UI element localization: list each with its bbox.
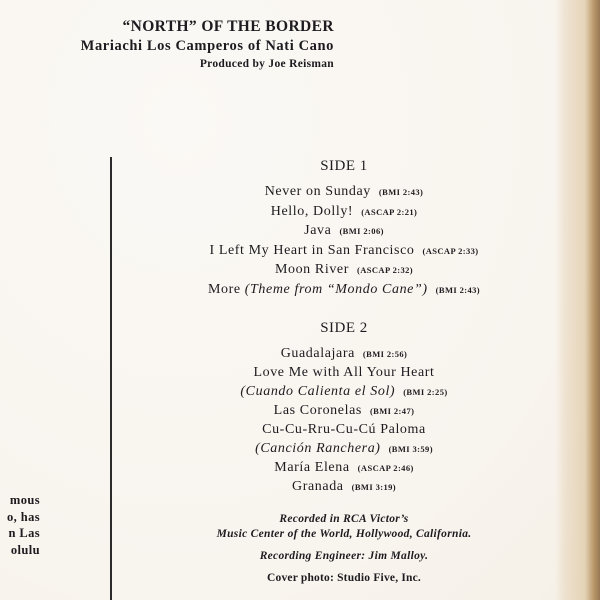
producer-credit: Produced by Joe Reisman <box>81 59 334 71</box>
track-meta: (ASCAP 2:32) <box>357 265 413 275</box>
track-meta: (BMI 3:59) <box>389 444 433 454</box>
album-title: “NORTH” OF THE BORDER <box>81 19 334 35</box>
track-meta: (BMI 3:19) <box>352 482 396 492</box>
track-title: Hello, Dolly! <box>271 204 353 219</box>
track-title: Love Me with All Your Heart <box>253 365 434 380</box>
track-subtitle-line: (Cuando Calienta el Sol)(BMI 2:25) <box>112 382 576 401</box>
album-back-cover: “NORTH” OF THE BORDER Mariachi Los Campe… <box>0 0 600 600</box>
track-title: Moon River <box>275 262 349 277</box>
track-meta: (BMI 2:47) <box>370 406 414 416</box>
liner-notes-fragment: mous o, has n Las olulu <box>0 492 40 558</box>
track-subtitle: (Theme from “Mondo Cane”) <box>245 282 428 297</box>
liner-notes-line: olulu <box>0 542 40 559</box>
liner-notes-line: o, has <box>0 509 40 526</box>
track-item: Cu-Cu-Rru-Cu-Cú Paloma <box>112 420 576 439</box>
album-header: “NORTH” OF THE BORDER Mariachi Los Campe… <box>81 19 334 71</box>
track-title: Never on Sunday <box>265 184 371 199</box>
track-item: Granada(BMI 3:19) <box>112 477 576 496</box>
artist-name: Mariachi Los Camperos of Nati Cano <box>81 39 334 54</box>
track-title: More <box>208 282 245 297</box>
track-meta: (BMI 2:43) <box>436 285 480 295</box>
recorded-location-line-2: Music Center of the World, Hollywood, Ca… <box>112 527 576 542</box>
track-item: Moon River(ASCAP 2:32) <box>112 260 576 280</box>
recording-engineer: Recording Engineer: Jim Malloy. <box>112 549 576 564</box>
track-meta: (ASCAP 2:21) <box>361 207 417 217</box>
liner-notes-line: mous <box>0 492 40 509</box>
track-title: Las Coronelas <box>274 403 362 418</box>
track-meta: (ASCAP 2:33) <box>423 246 479 256</box>
track-title: Java <box>304 223 331 238</box>
track-title: Guadalajara <box>281 346 355 361</box>
track-item: Never on Sunday(BMI 2:43) <box>112 182 576 202</box>
track-item: I Left My Heart in San Francisco(ASCAP 2… <box>112 241 576 261</box>
track-title: María Elena <box>274 460 349 475</box>
track-title: Cu-Cu-Rru-Cu-Cú Paloma <box>262 422 426 437</box>
side-1-heading: SIDE 1 <box>112 158 576 177</box>
side-1-tracklist: SIDE 1 Never on Sunday(BMI 2:43) Hello, … <box>112 158 576 299</box>
track-subtitle-line: (Canción Ranchera)(BMI 3:59) <box>112 439 576 458</box>
track-title: Granada <box>292 479 344 494</box>
track-item: Guadalajara(BMI 2:56) <box>112 344 576 363</box>
track-meta: (ASCAP 2:46) <box>358 463 414 473</box>
track-meta: (BMI 2:43) <box>379 187 423 197</box>
side-2-heading: SIDE 2 <box>112 320 576 339</box>
cover-photo-credit: Cover photo: Studio Five, Inc. <box>112 571 576 586</box>
track-item: Las Coronelas(BMI 2:47) <box>112 401 576 420</box>
recording-credits: Recorded in RCA Victor’s Music Center of… <box>112 512 576 586</box>
track-item: Love Me with All Your Heart <box>112 363 576 382</box>
track-meta: (BMI 2:25) <box>403 387 447 397</box>
track-item: Hello, Dolly!(ASCAP 2:21) <box>112 202 576 222</box>
track-item: More (Theme from “Mondo Cane”)(BMI 2:43) <box>112 280 576 300</box>
liner-notes-line: n Las <box>0 525 40 542</box>
track-subtitle: (Cuando Calienta el Sol) <box>240 384 395 399</box>
track-subtitle: (Canción Ranchera) <box>255 441 381 456</box>
recorded-location-line-1: Recorded in RCA Victor’s <box>112 512 576 527</box>
track-item: María Elena(ASCAP 2:46) <box>112 458 576 477</box>
track-title: I Left My Heart in San Francisco <box>209 243 414 258</box>
track-item: Java(BMI 2:06) <box>112 221 576 241</box>
track-meta: (BMI 2:06) <box>339 226 383 236</box>
side-2-tracklist: SIDE 2 Guadalajara(BMI 2:56) Love Me wit… <box>112 320 576 496</box>
track-meta: (BMI 2:56) <box>363 349 407 359</box>
